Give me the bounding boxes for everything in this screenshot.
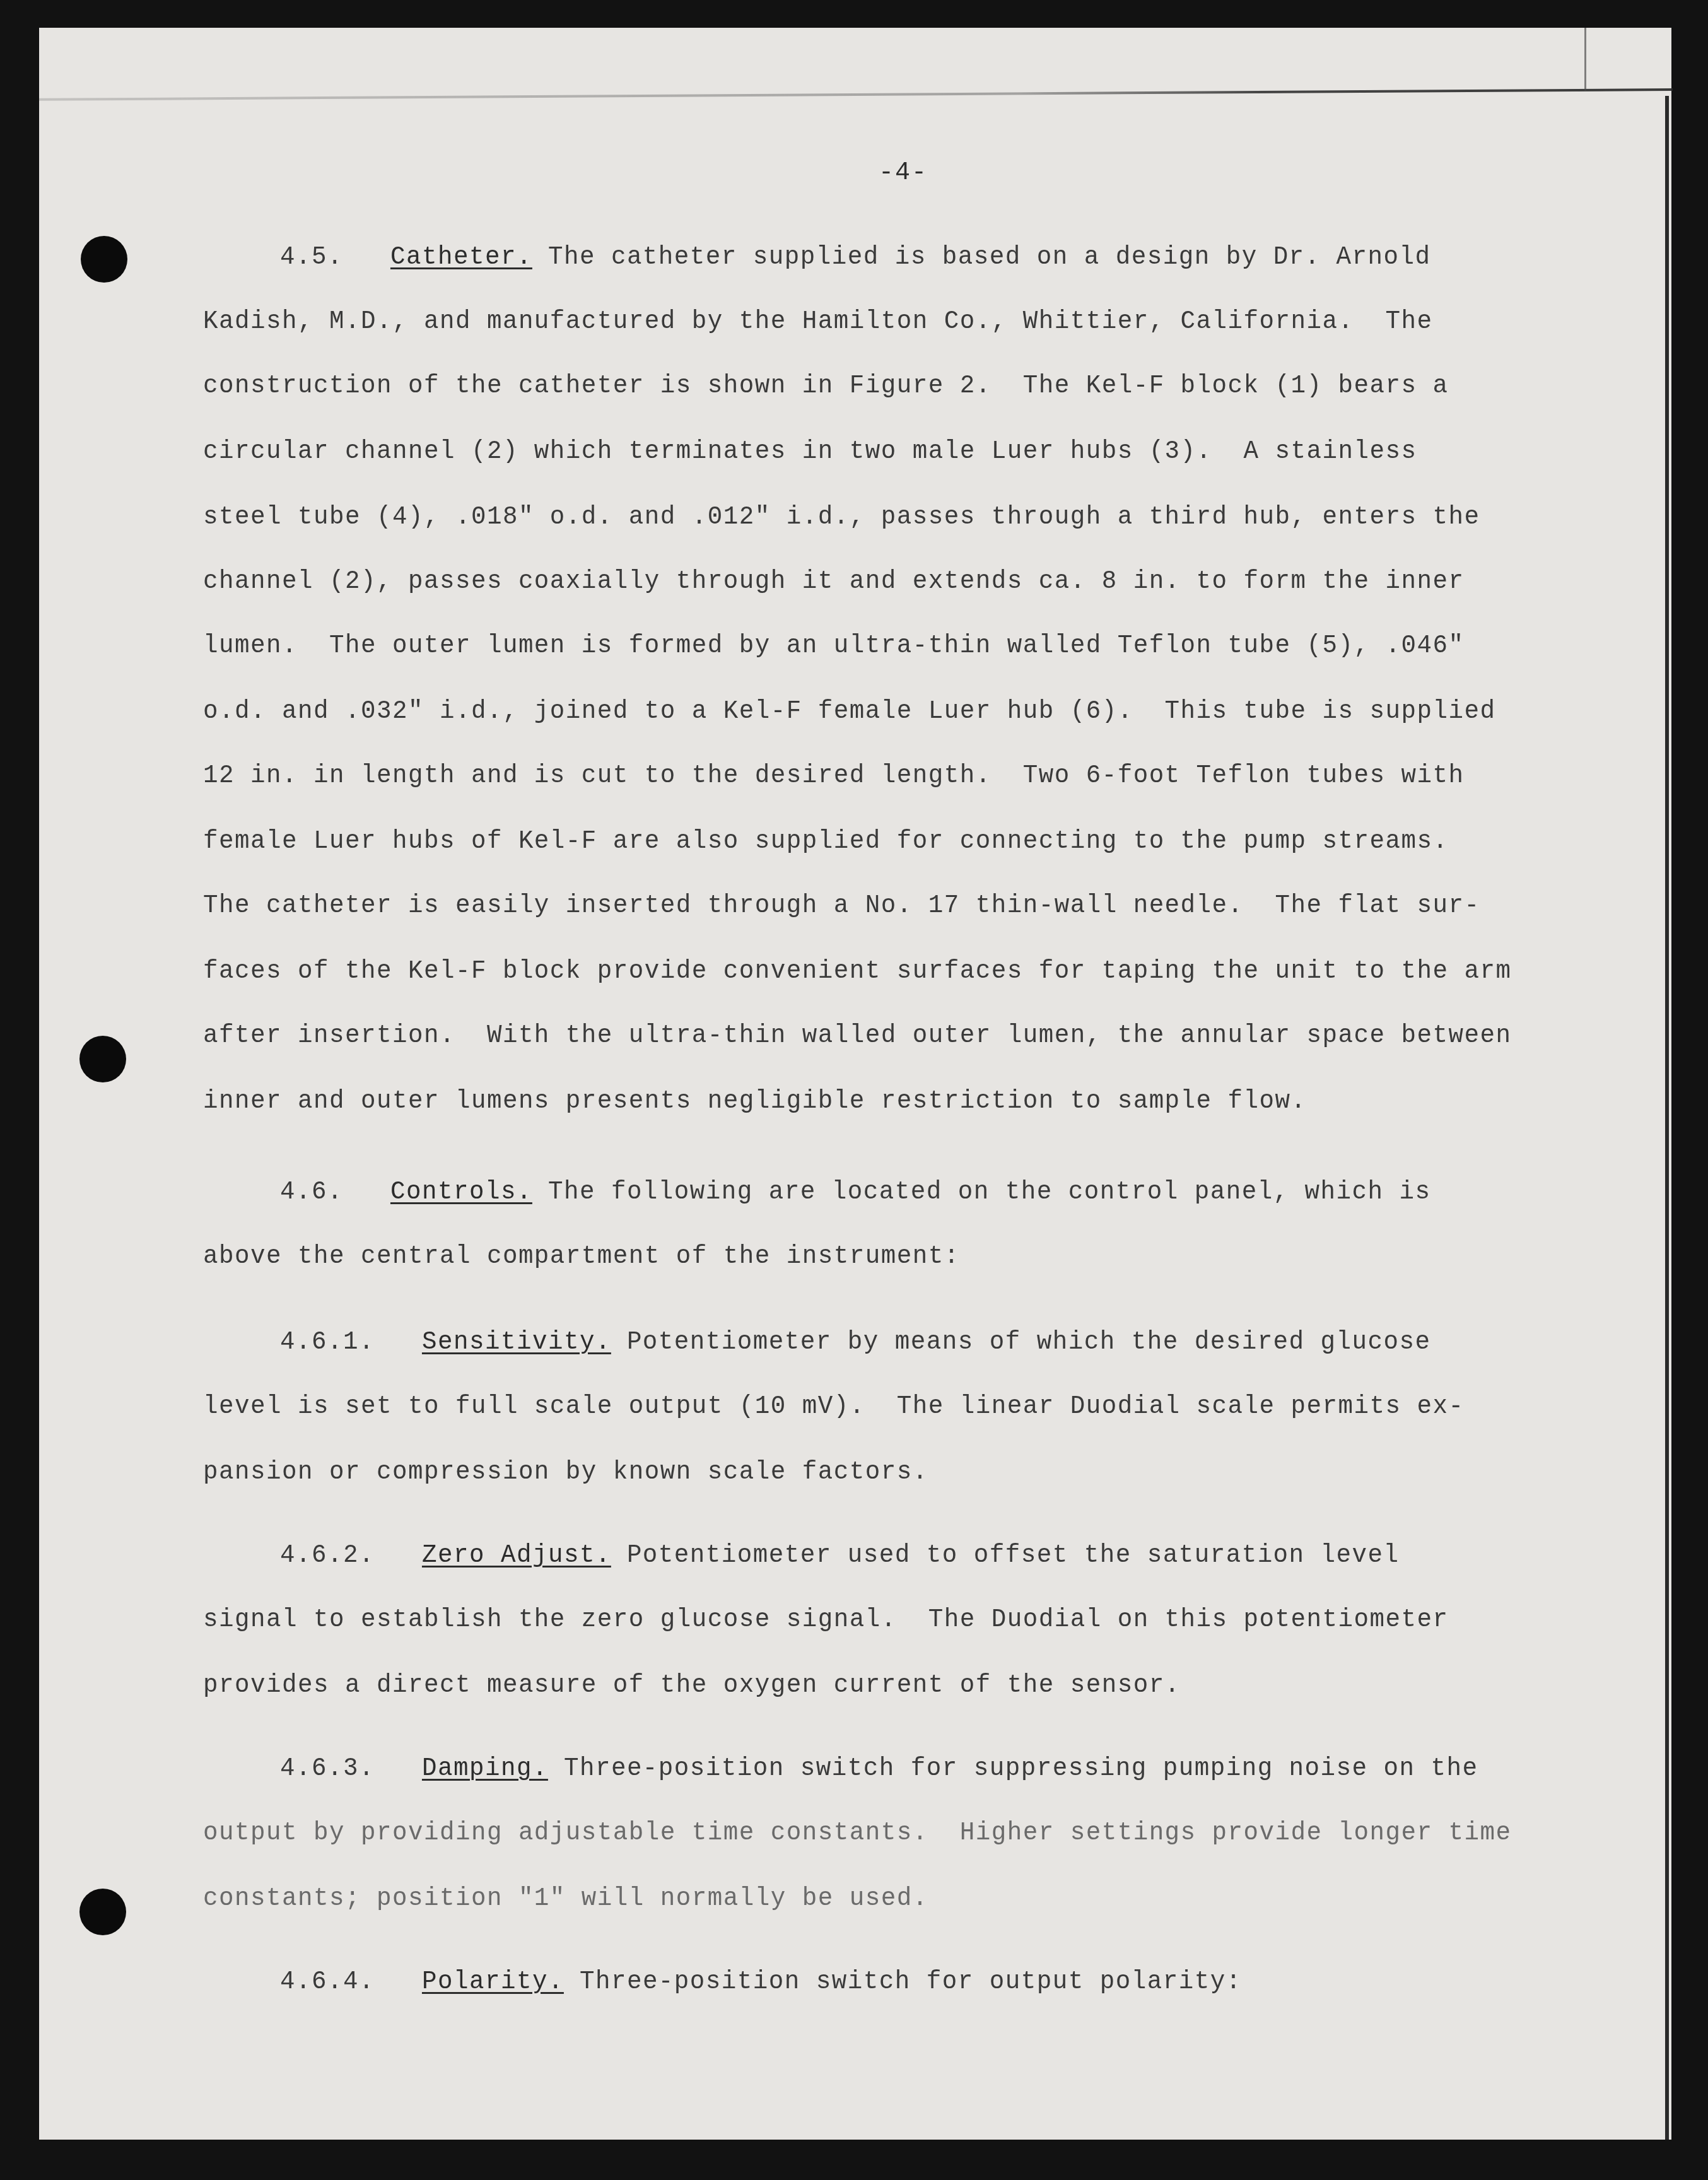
paragraph-line: 12 in. in length and is cut to the desir… (203, 761, 1465, 792)
paragraph-line: signal to establish the zero glucose sig… (203, 1605, 1449, 1636)
section-text: Potentiometer used to offset the saturat… (611, 1542, 1400, 1570)
section-heading: Controls. (390, 1178, 532, 1207)
section-text: The catheter supplied is based on a desi… (532, 243, 1431, 272)
page-edge-shadow (1665, 96, 1669, 2140)
section-text: Three-position switch for output polarit… (564, 1968, 1242, 1996)
section-number: 4.6. (280, 1177, 343, 1209)
section-heading-line: 4.5. Catheter. The catheter supplied is … (280, 242, 1431, 274)
section-heading-line: 4.6.4. Polarity. Three-position switch f… (280, 1967, 1242, 1998)
punch-hole-icon (79, 1036, 126, 1082)
section-text: The following are located on the control… (532, 1178, 1431, 1207)
paragraph-line: after insertion. With the ultra-thin wal… (203, 1021, 1511, 1052)
section-number: 4.6.2. (280, 1540, 375, 1572)
section-number: 4.6.1. (280, 1327, 375, 1359)
paragraph-line: circular channel (2) which terminates in… (203, 437, 1417, 468)
section-heading-line: 4.6. Controls. The following are located… (280, 1177, 1431, 1209)
section-number: 4.5. (280, 242, 343, 274)
section-heading: Polarity. (422, 1968, 564, 1996)
section-heading-line: 4.6.2. Zero Adjust. Potentiometer used t… (280, 1540, 1400, 1572)
punch-hole-icon (79, 1889, 126, 1935)
corner-mark (1584, 28, 1586, 91)
section-number: 4.6.4. (280, 1967, 375, 1998)
paragraph-line: level is set to full scale output (10 mV… (203, 1392, 1465, 1423)
paragraph-line: lumen. The outer lumen is formed by an u… (203, 631, 1465, 662)
section-heading: Catheter. (390, 243, 532, 272)
paragraph-line: constants; position "1" will normally be… (203, 1884, 928, 1915)
paragraph-line: output by providing adjustable time cons… (203, 1818, 1511, 1849)
paragraph-line: o.d. and .032" i.d., joined to a Kel-F f… (203, 696, 1496, 728)
page-number: -4- (853, 159, 954, 187)
paragraph-line: channel (2), passes coaxially through it… (203, 566, 1465, 598)
paragraph-line: provides a direct measure of the oxygen … (203, 1670, 1181, 1702)
section-heading: Damping. (422, 1755, 548, 1783)
paragraph-line: female Luer hubs of Kel-F are also suppl… (203, 826, 1449, 858)
section-heading-line: 4.6.1. Sensitivity. Potentiometer by mea… (280, 1327, 1431, 1359)
section-text: Three-position switch for suppressing pu… (548, 1755, 1478, 1783)
section-heading: Sensitivity. (422, 1328, 611, 1357)
punch-hole-icon (81, 236, 127, 283)
paragraph-line: pansion or compression by known scale fa… (203, 1457, 928, 1489)
section-heading: Zero Adjust. (422, 1542, 611, 1570)
paragraph-line: above the central compartment of the ins… (203, 1241, 960, 1273)
section-text: Potentiometer by means of which the desi… (611, 1328, 1431, 1357)
header-rule (39, 88, 1673, 101)
paragraph-line: faces of the Kel-F block provide conveni… (203, 956, 1511, 988)
paragraph-line: inner and outer lumens presents negligib… (203, 1086, 1307, 1118)
paragraph-line: Kadish, M.D., and manufactured by the Ha… (203, 307, 1433, 338)
paragraph-line: construction of the catheter is shown in… (203, 371, 1449, 402)
section-heading-line: 4.6.3. Damping. Three-position switch fo… (280, 1754, 1478, 1785)
paragraph-line: steel tube (4), .018" o.d. and .012" i.d… (203, 502, 1480, 534)
section-number: 4.6.3. (280, 1754, 375, 1785)
paragraph-line: The catheter is easily inserted through … (203, 891, 1480, 922)
